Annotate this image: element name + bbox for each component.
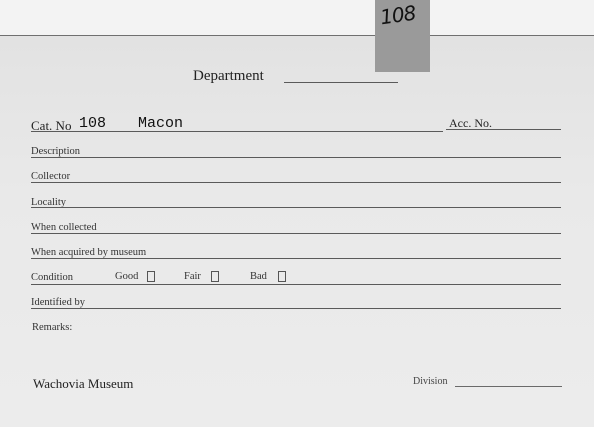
acc-no-field-line[interactable] (446, 129, 561, 130)
locality-field-line[interactable] (31, 207, 561, 208)
condition-option-bad[interactable]: Bad (250, 271, 286, 282)
bad-checkbox[interactable] (278, 271, 286, 282)
cat-no-value[interactable]: 108 (79, 115, 106, 132)
condition-good-label: Good (115, 271, 138, 282)
condition-fair-label: Fair (184, 271, 201, 282)
condition-option-fair[interactable]: Fair (184, 271, 219, 282)
when-acquired-field-line[interactable] (31, 258, 561, 259)
museum-name: Wachovia Museum (33, 376, 133, 392)
when-acquired-label: When acquired by museum (31, 247, 146, 258)
collector-label: Collector (31, 171, 70, 182)
catalog-name-value[interactable]: Macon (138, 115, 183, 132)
condition-option-good[interactable]: Good (115, 271, 155, 282)
description-field-line[interactable] (31, 157, 561, 158)
top-strip (0, 0, 594, 36)
identified-by-field-line[interactable] (31, 308, 561, 309)
condition-bad-label: Bad (250, 271, 267, 282)
when-collected-label: When collected (31, 222, 97, 233)
cat-no-field-line (31, 131, 443, 132)
good-checkbox[interactable] (147, 271, 155, 282)
division-field-line[interactable] (455, 386, 562, 387)
identified-by-label: Identified by (31, 297, 85, 308)
when-collected-field-line[interactable] (31, 233, 561, 234)
division-label: Division (413, 376, 447, 387)
department-label: Department (193, 68, 264, 85)
collector-field-line[interactable] (31, 182, 561, 183)
condition-field-line (31, 284, 561, 285)
fair-checkbox[interactable] (211, 271, 219, 282)
description-label: Description (31, 146, 80, 157)
condition-label: Condition (31, 272, 73, 283)
remarks-area[interactable] (31, 336, 561, 366)
remarks-label: Remarks: (32, 322, 72, 333)
department-field-line[interactable] (284, 82, 398, 83)
